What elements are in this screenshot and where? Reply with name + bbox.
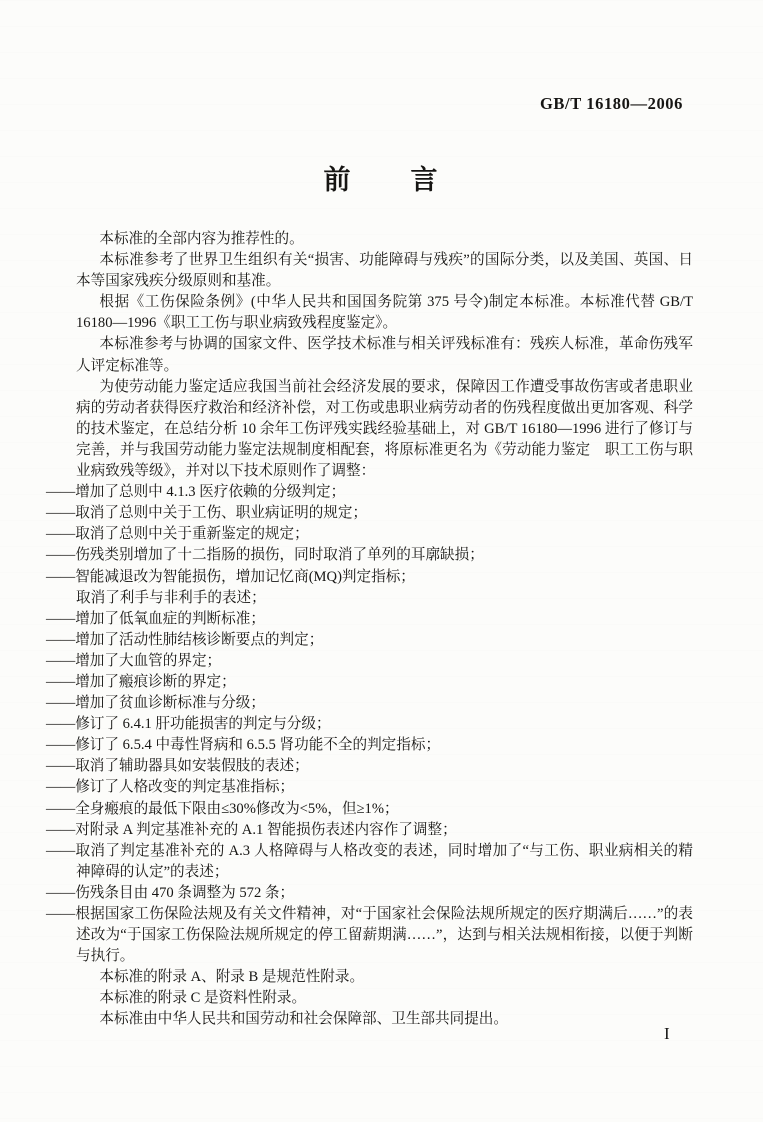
list-item: ——取消了总则中关于重新鉴定的规定； [76,524,693,545]
list-item: ——根据国家工伤保险法规及有关文件精神，对“于国家社会保险法规所规定的医疗期满后… [76,904,693,967]
list-item: ——增加了大血管的界定； [76,651,693,672]
foreword-body: 本标准的全部内容为推荐性的。本标准参考了世界卫生组织有关“损害、功能障碍与残疾”… [76,229,693,1031]
paragraph: 本标准的附录 A、附录 B 是规范性附录。 [76,967,693,988]
list-item: ——增加了活动性肺结核诊断要点的判定； [76,630,693,651]
list-item: ——增加了贫血诊断标准与分级； [76,693,693,714]
list-item: ——增加了瘢痕诊断的界定； [76,672,693,693]
list-item: ——对附录 A 判定基准补充的 A.1 智能损伤表述内容作了调整； [76,820,693,841]
list-item: ——伤残条目由 470 条调整为 572 条； [76,883,693,904]
paragraph: 为使劳动能力鉴定适应我国当前社会经济发展的要求，保障因工作遭受事故伤害或者患职业… [76,377,693,482]
page-title: 前 言 [0,158,763,197]
standard-code: GB/T 16180—2006 [540,94,683,114]
page-number: I [664,1024,671,1044]
paragraph: 根据《工伤保险条例》(中华人民共和国国务院第 375 号令)制定本标准。本标准代… [76,292,693,334]
list-item: ——伤残类别增加了十二指肠的损伤，同时取消了单列的耳廓缺损； [76,545,693,566]
list-item: ——修订了 6.4.1 肝功能损害的判定与分级； [76,714,693,735]
list-item: ——取消了总则中关于工伤、职业病证明的规定； [76,503,693,524]
list-item: ——取消了判定基准补充的 A.3 人格障碍与人格改变的表述，同时增加了“与工伤、… [76,841,693,883]
list-item: ——增加了总则中 4.1.3 医疗依赖的分级判定； [76,482,693,503]
paragraph: 本标准参考与协调的国家文件、医学技术标准与相关评残标准有：残疾人标准，革命伤残军… [76,334,693,376]
paragraph: 本标准的附录 C 是资料性附录。 [76,988,693,1009]
document-page: GB/T 16180—2006 前 言 本标准的全部内容为推荐性的。本标准参考了… [0,0,763,1122]
paragraph: 本标准参考了世界卫生组织有关“损害、功能障碍与残疾”的国际分类，以及美国、英国、… [76,250,693,292]
list-item: ——取消了辅助器具如安装假肢的表述； [76,756,693,777]
list-item: 取消了利手与非利手的表述； [76,588,693,609]
list-item: ——修订了人格改变的判定基准指标； [76,777,693,798]
paragraph: 本标准由中华人民共和国劳动和社会保障部、卫生部共同提出。 [76,1009,693,1030]
list-item: ——智能减退改为智能损伤，增加记忆商(MQ)判定指标； [76,567,693,588]
list-item: ——增加了低氧血症的判断标准； [76,609,693,630]
paragraph: 本标准的全部内容为推荐性的。 [76,229,693,250]
list-item: ——修订了 6.5.4 中毒性肾病和 6.5.5 肾功能不全的判定指标； [76,735,693,756]
list-item: ——全身瘢痕的最低下限由≤30%修改为<5%，但≥1%； [76,799,693,820]
